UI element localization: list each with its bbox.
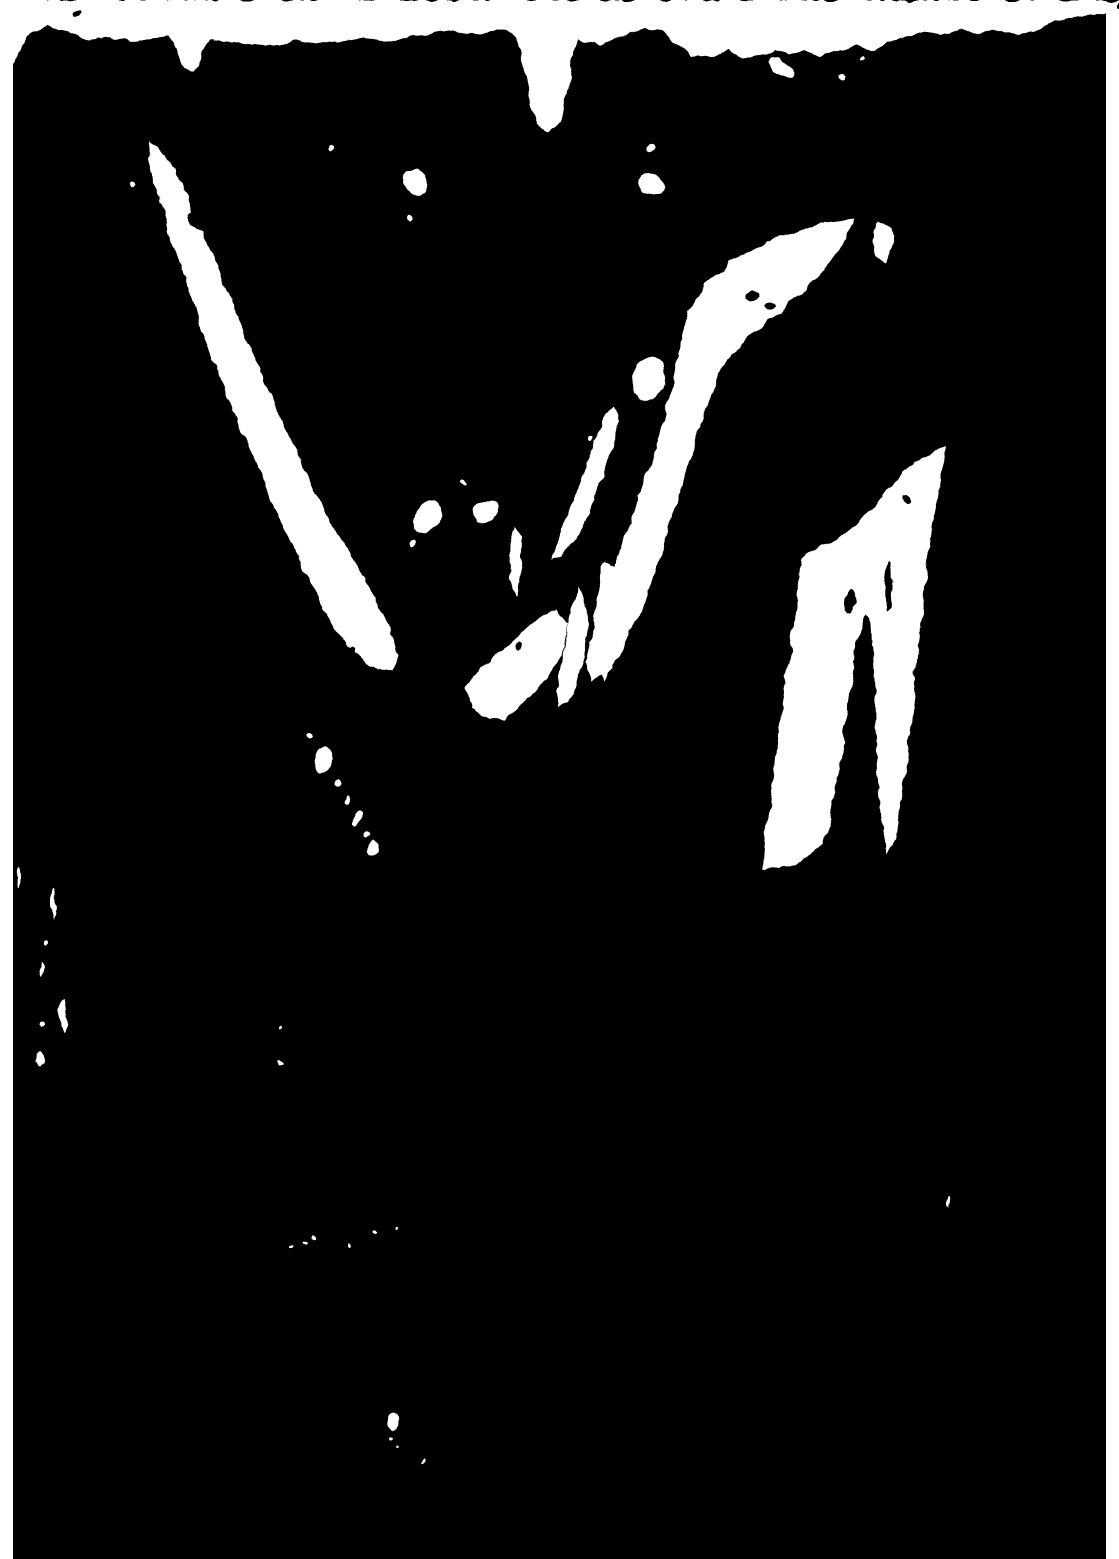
- floor-blob-speck-b: [398, 1447, 401, 1450]
- margin-fragment-a-speck: [840, 74, 847, 81]
- right-border: [1106, 9, 1119, 1559]
- floor-speck-4: [349, 1244, 352, 1247]
- floor-dash-right: [948, 1196, 952, 1206]
- margin-fragment-b-speck: [646, 144, 654, 152]
- floor-speck-3: [312, 1236, 317, 1241]
- leaf-fragment-c-speck: [409, 540, 415, 546]
- edge-speck-1: [17, 867, 21, 889]
- floor-speck-6: [396, 1227, 399, 1230]
- trail-speck-3: [333, 779, 341, 787]
- binary-photo-stage: [0, 0, 1119, 1559]
- leaf-sliver-speck: [587, 434, 593, 440]
- trail-speck-4: [345, 797, 351, 803]
- binary-photo-svg: [0, 0, 1119, 1559]
- background: [0, 0, 1119, 1559]
- floor-speck-5: [373, 1229, 377, 1233]
- edge-speck-3: [45, 942, 50, 947]
- leaf-fragment-d-speck: [461, 479, 466, 484]
- edge-speck-9: [278, 1061, 283, 1066]
- leaf-fleck-d: [329, 145, 335, 151]
- photo-border-layer: [0, 0, 1119, 1559]
- floor-speck-2: [303, 1241, 307, 1245]
- margin-fragment-a-dot: [860, 58, 864, 62]
- leaf-blade-speck-hole-b: [350, 648, 355, 653]
- leaf-blade-speck-hole-a: [327, 637, 333, 643]
- floor-blob-speck-c: [422, 1460, 426, 1464]
- edge-speck-8: [280, 1024, 284, 1028]
- trail-speck-1: [307, 733, 313, 739]
- floor-speck-1: [288, 1245, 292, 1249]
- leaf-fleck-b: [407, 215, 414, 222]
- edge-speck-7: [38, 1050, 43, 1066]
- floor-blob-speck-a: [388, 1438, 392, 1442]
- edge-speck-2: [51, 887, 56, 919]
- leaf-right-hole-a: [904, 494, 912, 502]
- left-border: [0, 0, 13, 1559]
- leaf-fleck-c: [130, 180, 136, 186]
- edge-speck-5: [60, 999, 66, 1033]
- trail-speck-6: [363, 833, 369, 839]
- leaf-fragment-center-hole: [515, 642, 523, 650]
- top-border-hole: [73, 10, 79, 16]
- edge-speck-4: [40, 963, 44, 977]
- edge-speck-6: [41, 1022, 46, 1027]
